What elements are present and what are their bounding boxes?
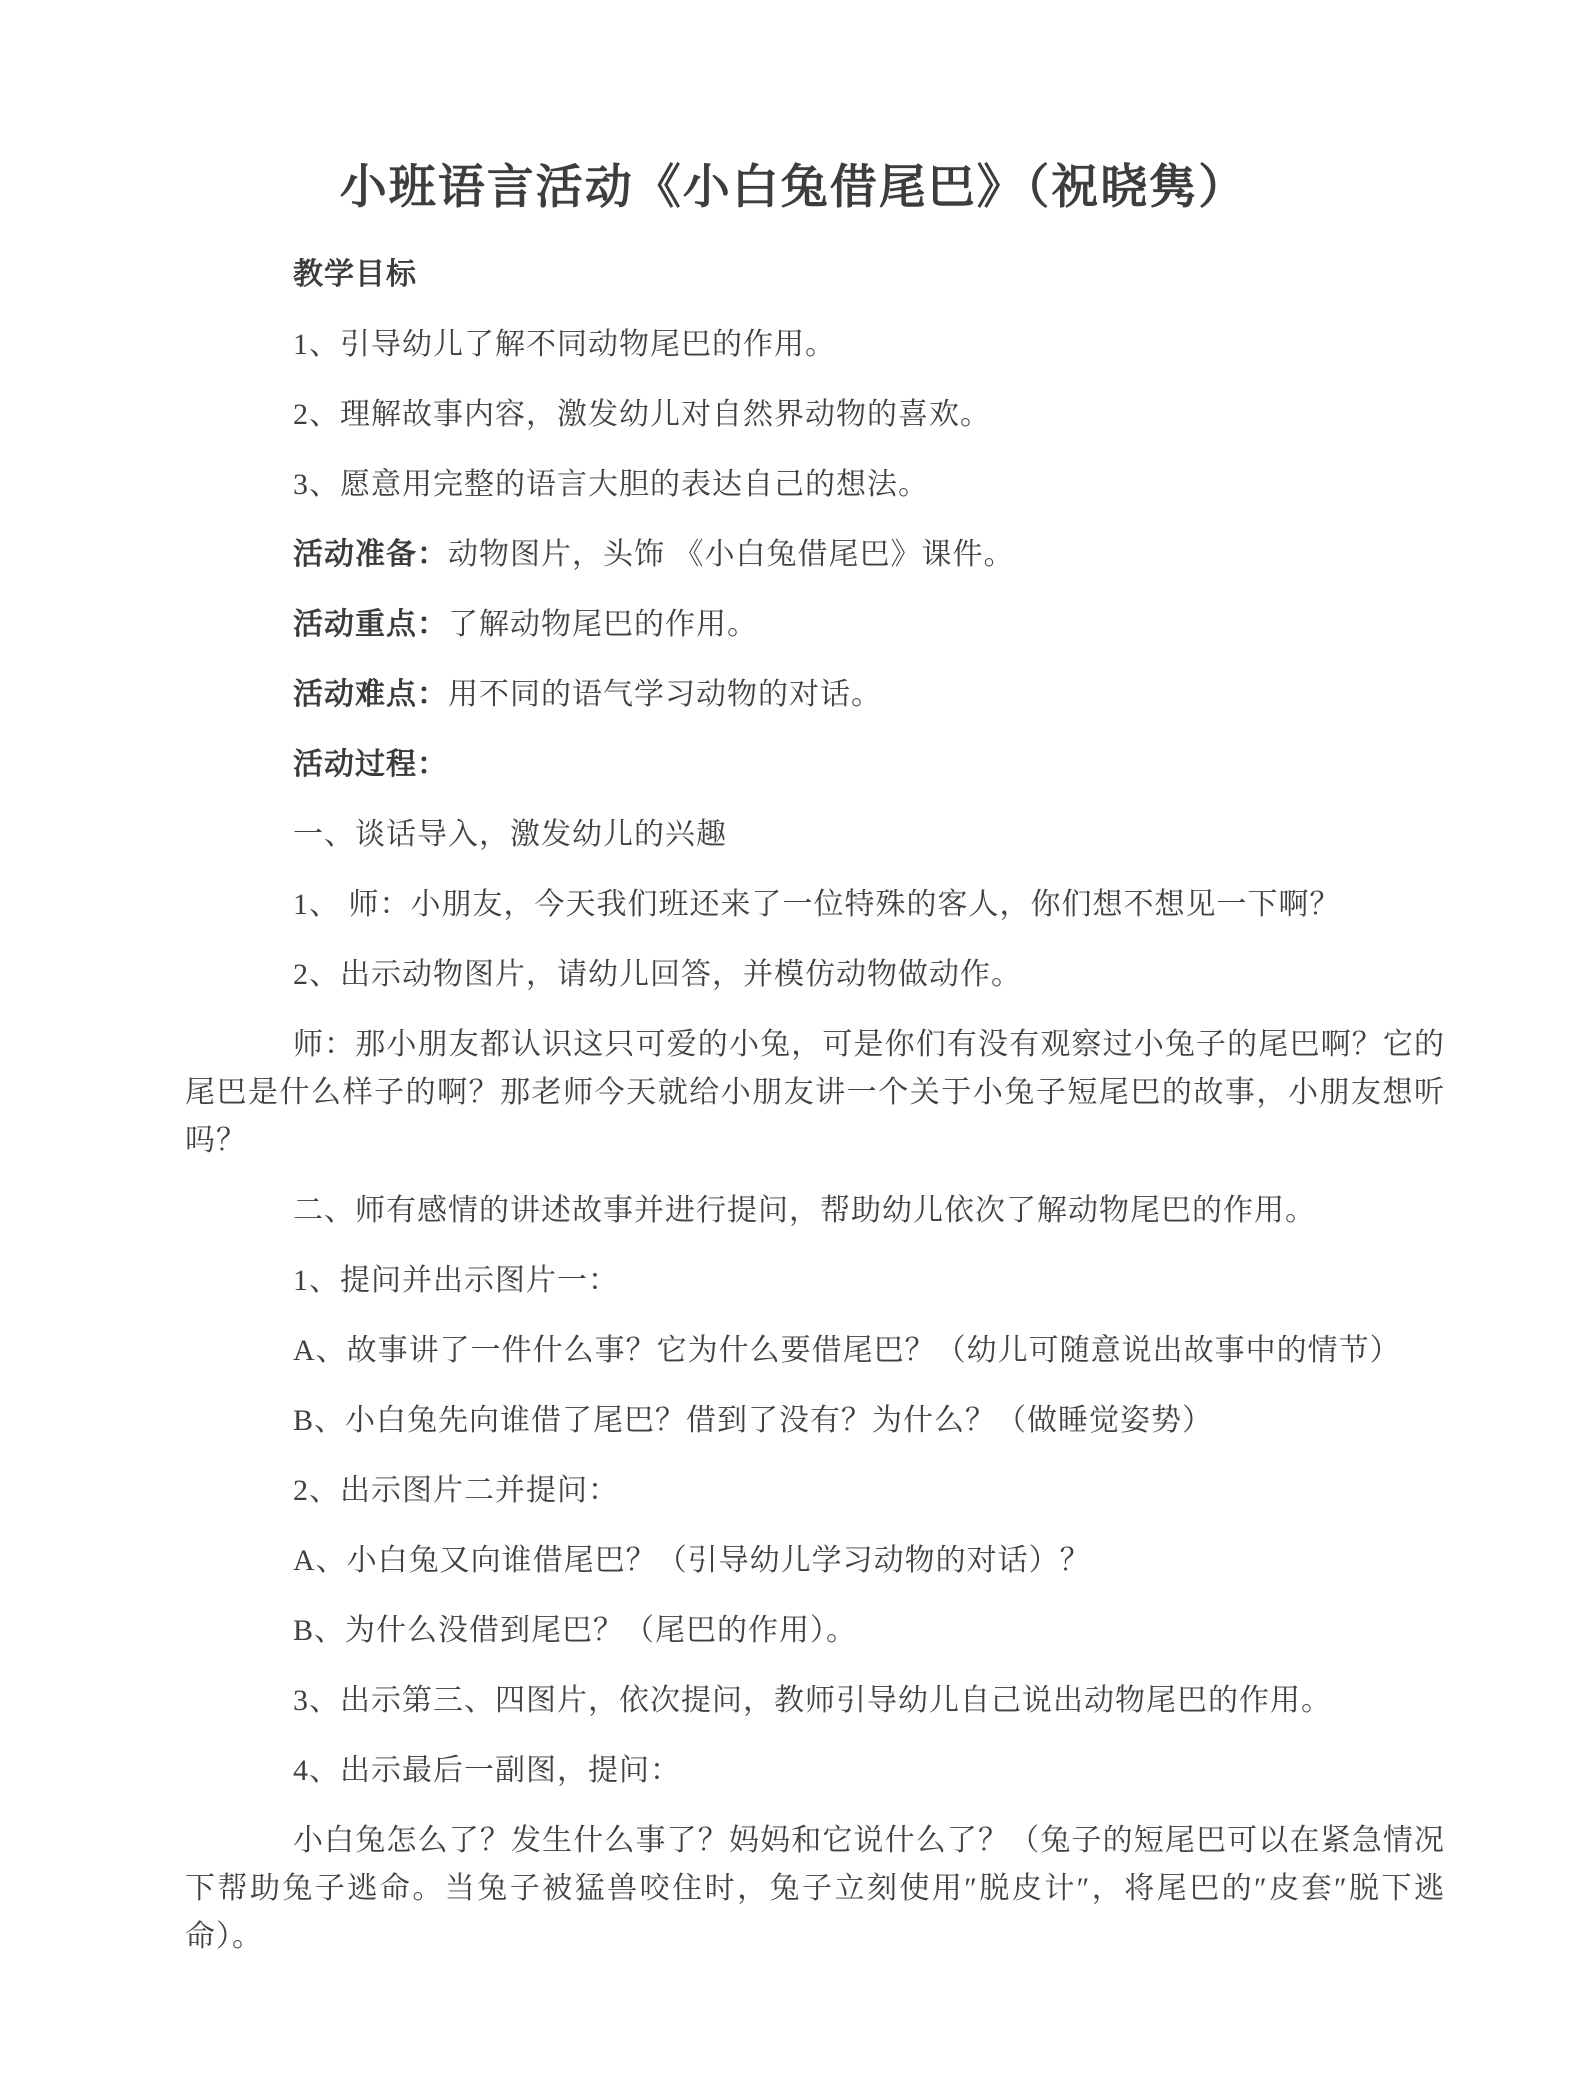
paragraph: 2、出示动物图片，请幼儿回答，并模仿动物做动作。 [185, 951, 1445, 999]
paragraph-label: 活动过程： [293, 748, 448, 781]
paragraph-text: 2、理解故事内容，激发幼儿对自然界动物的喜欢。 [293, 398, 991, 431]
paragraph-label: 活动重点： [293, 608, 448, 641]
paragraph-text: 3、愿意用完整的语言大胆的表达自己的想法。 [293, 468, 929, 501]
paragraph: 2、理解故事内容，激发幼儿对自然界动物的喜欢。 [185, 391, 1445, 439]
paragraph: B、为什么没借到尾巴？（尾巴的作用）。 [185, 1607, 1445, 1655]
paragraph: 教学目标 [185, 251, 1445, 299]
paragraph: 4、出示最后一副图，提问： [185, 1747, 1445, 1795]
paragraph: 活动重点：了解动物尾巴的作用。 [185, 601, 1445, 649]
paragraph: 活动难点：用不同的语气学习动物的对话。 [185, 671, 1445, 719]
paragraph: 2、出示图片二并提问： [185, 1467, 1445, 1515]
paragraph-text: 1、 师：小朋友，今天我们班还来了一位特殊的客人，你们想不想见一下啊？ [293, 888, 1341, 921]
paragraph-label: 活动难点： [293, 678, 448, 711]
paragraph-text: B、小白兔先向谁借了尾巴？借到了没有？为什么？（做睡觉姿势） [293, 1404, 1213, 1437]
paragraph-text: 1、引导幼儿了解不同动物尾巴的作用。 [293, 328, 836, 361]
paragraph-label: 活动准备： [293, 538, 448, 571]
paragraph-text: 二、师有感情的讲述故事并进行提问，帮助幼儿依次了解动物尾巴的作用。 [293, 1194, 1316, 1227]
paragraph: 活动准备：动物图片，头饰 《小白兔借尾巴》课件。 [185, 531, 1445, 579]
paragraph-text: 一、谈话导入，激发幼儿的兴趣 [293, 818, 727, 851]
paragraph: A、故事讲了一件什么事？它为什么要借尾巴？（幼儿可随意说出故事中的情节） [185, 1327, 1445, 1375]
paragraph-text: 了解动物尾巴的作用。 [448, 608, 758, 641]
paragraph: 1、提问并出示图片一： [185, 1257, 1445, 1305]
paragraph: B、小白兔先向谁借了尾巴？借到了没有？为什么？（做睡觉姿势） [185, 1397, 1445, 1445]
paragraph: 活动过程： [185, 741, 1445, 789]
paragraph-text: 小白兔怎么了？发生什么事了？妈妈和它说什么了？（兔子的短尾巴可以在紧急情况下帮助… [185, 1824, 1445, 1953]
paragraph: 1、 师：小朋友，今天我们班还来了一位特殊的客人，你们想不想见一下啊？ [185, 881, 1445, 929]
paragraph-text: 1、提问并出示图片一： [293, 1264, 619, 1297]
paragraph: 二、师有感情的讲述故事并进行提问，帮助幼儿依次了解动物尾巴的作用。 [185, 1187, 1445, 1235]
paragraph-text: A、小白兔又向谁借尾巴？（引导幼儿学习动物的对话）？ [293, 1544, 1091, 1577]
paragraph-text: 动物图片，头饰 《小白兔借尾巴》课件。 [448, 538, 1015, 571]
paragraph-text: A、故事讲了一件什么事？它为什么要借尾巴？（幼儿可随意说出故事中的情节） [293, 1334, 1401, 1367]
paragraph: 1、引导幼儿了解不同动物尾巴的作用。 [185, 321, 1445, 369]
paragraph-text: 用不同的语气学习动物的对话。 [448, 678, 882, 711]
document-title: 小班语言活动《小白兔借尾巴》（祝晓隽） [0, 150, 1587, 226]
paragraph-text: 2、出示图片二并提问： [293, 1474, 619, 1507]
paragraph: 3、出示第三、四图片，依次提问，教师引导幼儿自己说出动物尾巴的作用。 [185, 1677, 1445, 1725]
paragraph-text: 4、出示最后一副图，提问： [293, 1754, 681, 1787]
paragraph: 师：那小朋友都认识这只可爱的小兔，可是你们有没有观察过小兔子的尾巴啊？它的尾巴是… [185, 1021, 1445, 1165]
paragraph: A、小白兔又向谁借尾巴？（引导幼儿学习动物的对话）？ [185, 1537, 1445, 1585]
paragraph-label: 教学目标 [293, 258, 417, 291]
document-page: 小班语言活动《小白兔借尾巴》（祝晓隽） 教学目标 1、引导幼儿了解不同动物尾巴的… [0, 0, 1587, 2073]
paragraph-text: 2、出示动物图片，请幼儿回答，并模仿动物做动作。 [293, 958, 1022, 991]
paragraph-text: 师：那小朋友都认识这只可爱的小兔，可是你们有没有观察过小兔子的尾巴啊？它的尾巴是… [185, 1028, 1445, 1157]
paragraph: 一、谈话导入，激发幼儿的兴趣 [185, 811, 1445, 859]
paragraph-text: 3、出示第三、四图片，依次提问，教师引导幼儿自己说出动物尾巴的作用。 [293, 1684, 1332, 1717]
document-body: 教学目标 1、引导幼儿了解不同动物尾巴的作用。 2、理解故事内容，激发幼儿对自然… [185, 251, 1445, 1961]
paragraph: 小白兔怎么了？发生什么事了？妈妈和它说什么了？（兔子的短尾巴可以在紧急情况下帮助… [185, 1817, 1445, 1961]
paragraph: 3、愿意用完整的语言大胆的表达自己的想法。 [185, 461, 1445, 509]
paragraph-text: B、为什么没借到尾巴？（尾巴的作用）。 [293, 1614, 857, 1647]
